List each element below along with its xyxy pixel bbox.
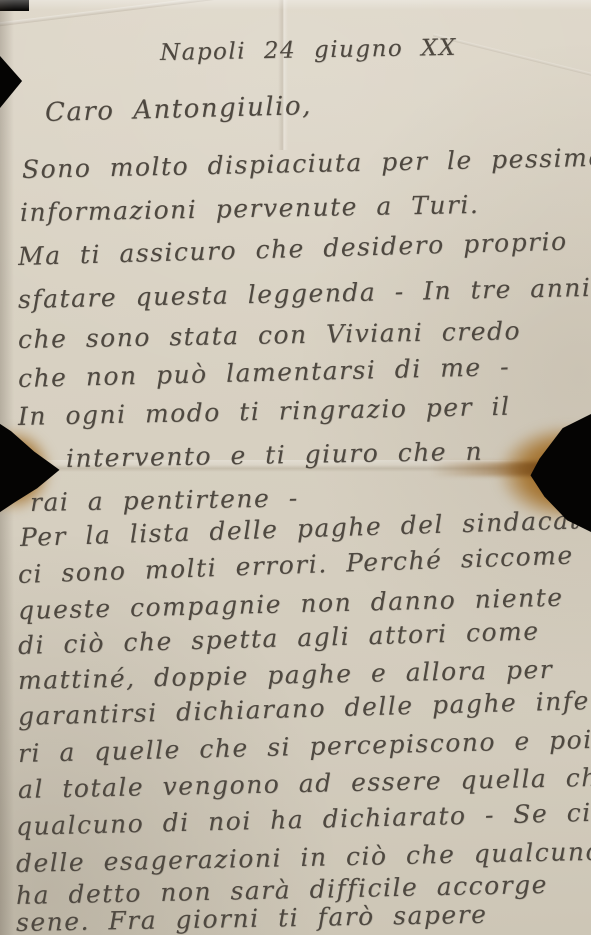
letter-salutation: Caro Antongiulio, [45,91,313,128]
letter-line: rai a pentirtene - [30,483,299,517]
fold-crease-vertical [278,0,288,150]
letter-line: che non può lamentarsi di me - [18,352,511,393]
letter-line: qualcuno di noi ha dichiarato - Se ci so… [16,796,591,841]
letter-line: In ogni modo ti ringrazio per il [18,392,511,431]
letter-paper: Napoli 24 giugno XX Caro Antongiulio, So… [0,0,591,935]
letter-dateline: Napoli 24 giugno XX [160,35,457,66]
letter-line: informazioni pervenute a Turi. [20,190,480,227]
letter-line: che sono stata con Viviani credo [18,316,522,354]
letter-line: al totale vengono ad essere quella che [18,762,591,804]
letter-line: ri a quelle che si percepiscono e poi [18,725,591,768]
letter-line: Ma ti assicuro che desidero proprio [18,227,568,271]
paper-edge-highlight [0,0,591,10]
dark-mark-bottom-right [0,0,29,11]
letter-line: intervento e ti giuro che n [66,437,484,473]
fold-crease-diagonal-left [0,0,229,30]
letter-line: Sono molto dispiaciuta per le pessime [22,143,591,184]
scanned-letter: Napoli 24 giugno XX Caro Antongiulio, So… [0,0,591,935]
torn-notch-top-left [0,56,24,108]
letter-line: sfatare questa leggenda - In tre anni [18,273,591,314]
